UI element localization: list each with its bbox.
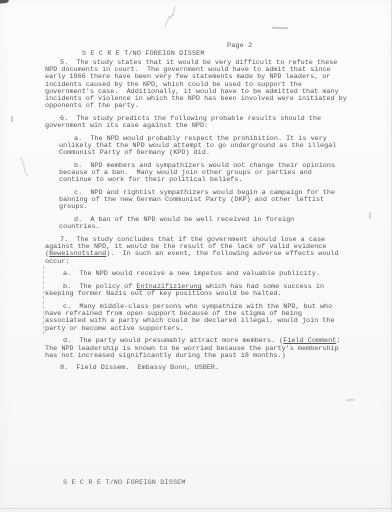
classification-header: S E C R E T/NO FOREIGN DISSEM (82, 50, 205, 58)
classification-footer: S E C R E T/NO FOREIGN DISSEM (63, 479, 186, 487)
scan-artifact-top-right-dash (272, 27, 288, 29)
paragraph-7d: d. The party would presumably attract mo… (45, 338, 341, 360)
paragraph-7a: a. The NPD would receive a new impetus a… (45, 271, 341, 278)
paragraph-6a: a. The NPD would probably respect the pr… (59, 136, 337, 158)
paragraph-7b: b. The policy of Entnazifizierung which … (45, 284, 341, 298)
paragraph-7: 7. The study concludes that if the gover… (45, 237, 347, 266)
paragraph-8: 8. Field Dissem. Embassy Bonn, USBER. (45, 365, 347, 372)
scan-artifact-right-tick (369, 212, 371, 219)
scan-artifact-corner-mark (0, 0, 9, 4)
paragraph-6d: d. A ban of the NPD would be well receiv… (59, 217, 337, 231)
document-body: 5. The study states that it would be ver… (45, 60, 347, 378)
paragraph-6b: b. NPD members and sympathizers would no… (59, 163, 337, 185)
page-number: Page 2 (227, 42, 252, 50)
scan-artifact-margin-dashes (43, 266, 44, 334)
scan-artifact-left-squiggle (17, 155, 33, 179)
paragraph-7c: c. Many middle-class persons who sympath… (45, 304, 341, 333)
scan-artifact-top-squiggle (162, 3, 180, 29)
paragraph-5: 5. The study states that it would be ver… (45, 60, 347, 110)
scan-artifact-left-tick (11, 116, 13, 122)
paragraph-6c: c. NPD and rightist sympathizers would b… (59, 190, 337, 212)
scanned-document-page: S E C R E T/NO FOREIGN DISSEM Page 2 5. … (0, 0, 392, 512)
scan-artifact-bottom-right-smudge (346, 399, 355, 402)
paragraph-6: 6. The study predicts the following prob… (45, 116, 347, 130)
scan-artifact-bottom-edge-line (0, 508, 392, 509)
